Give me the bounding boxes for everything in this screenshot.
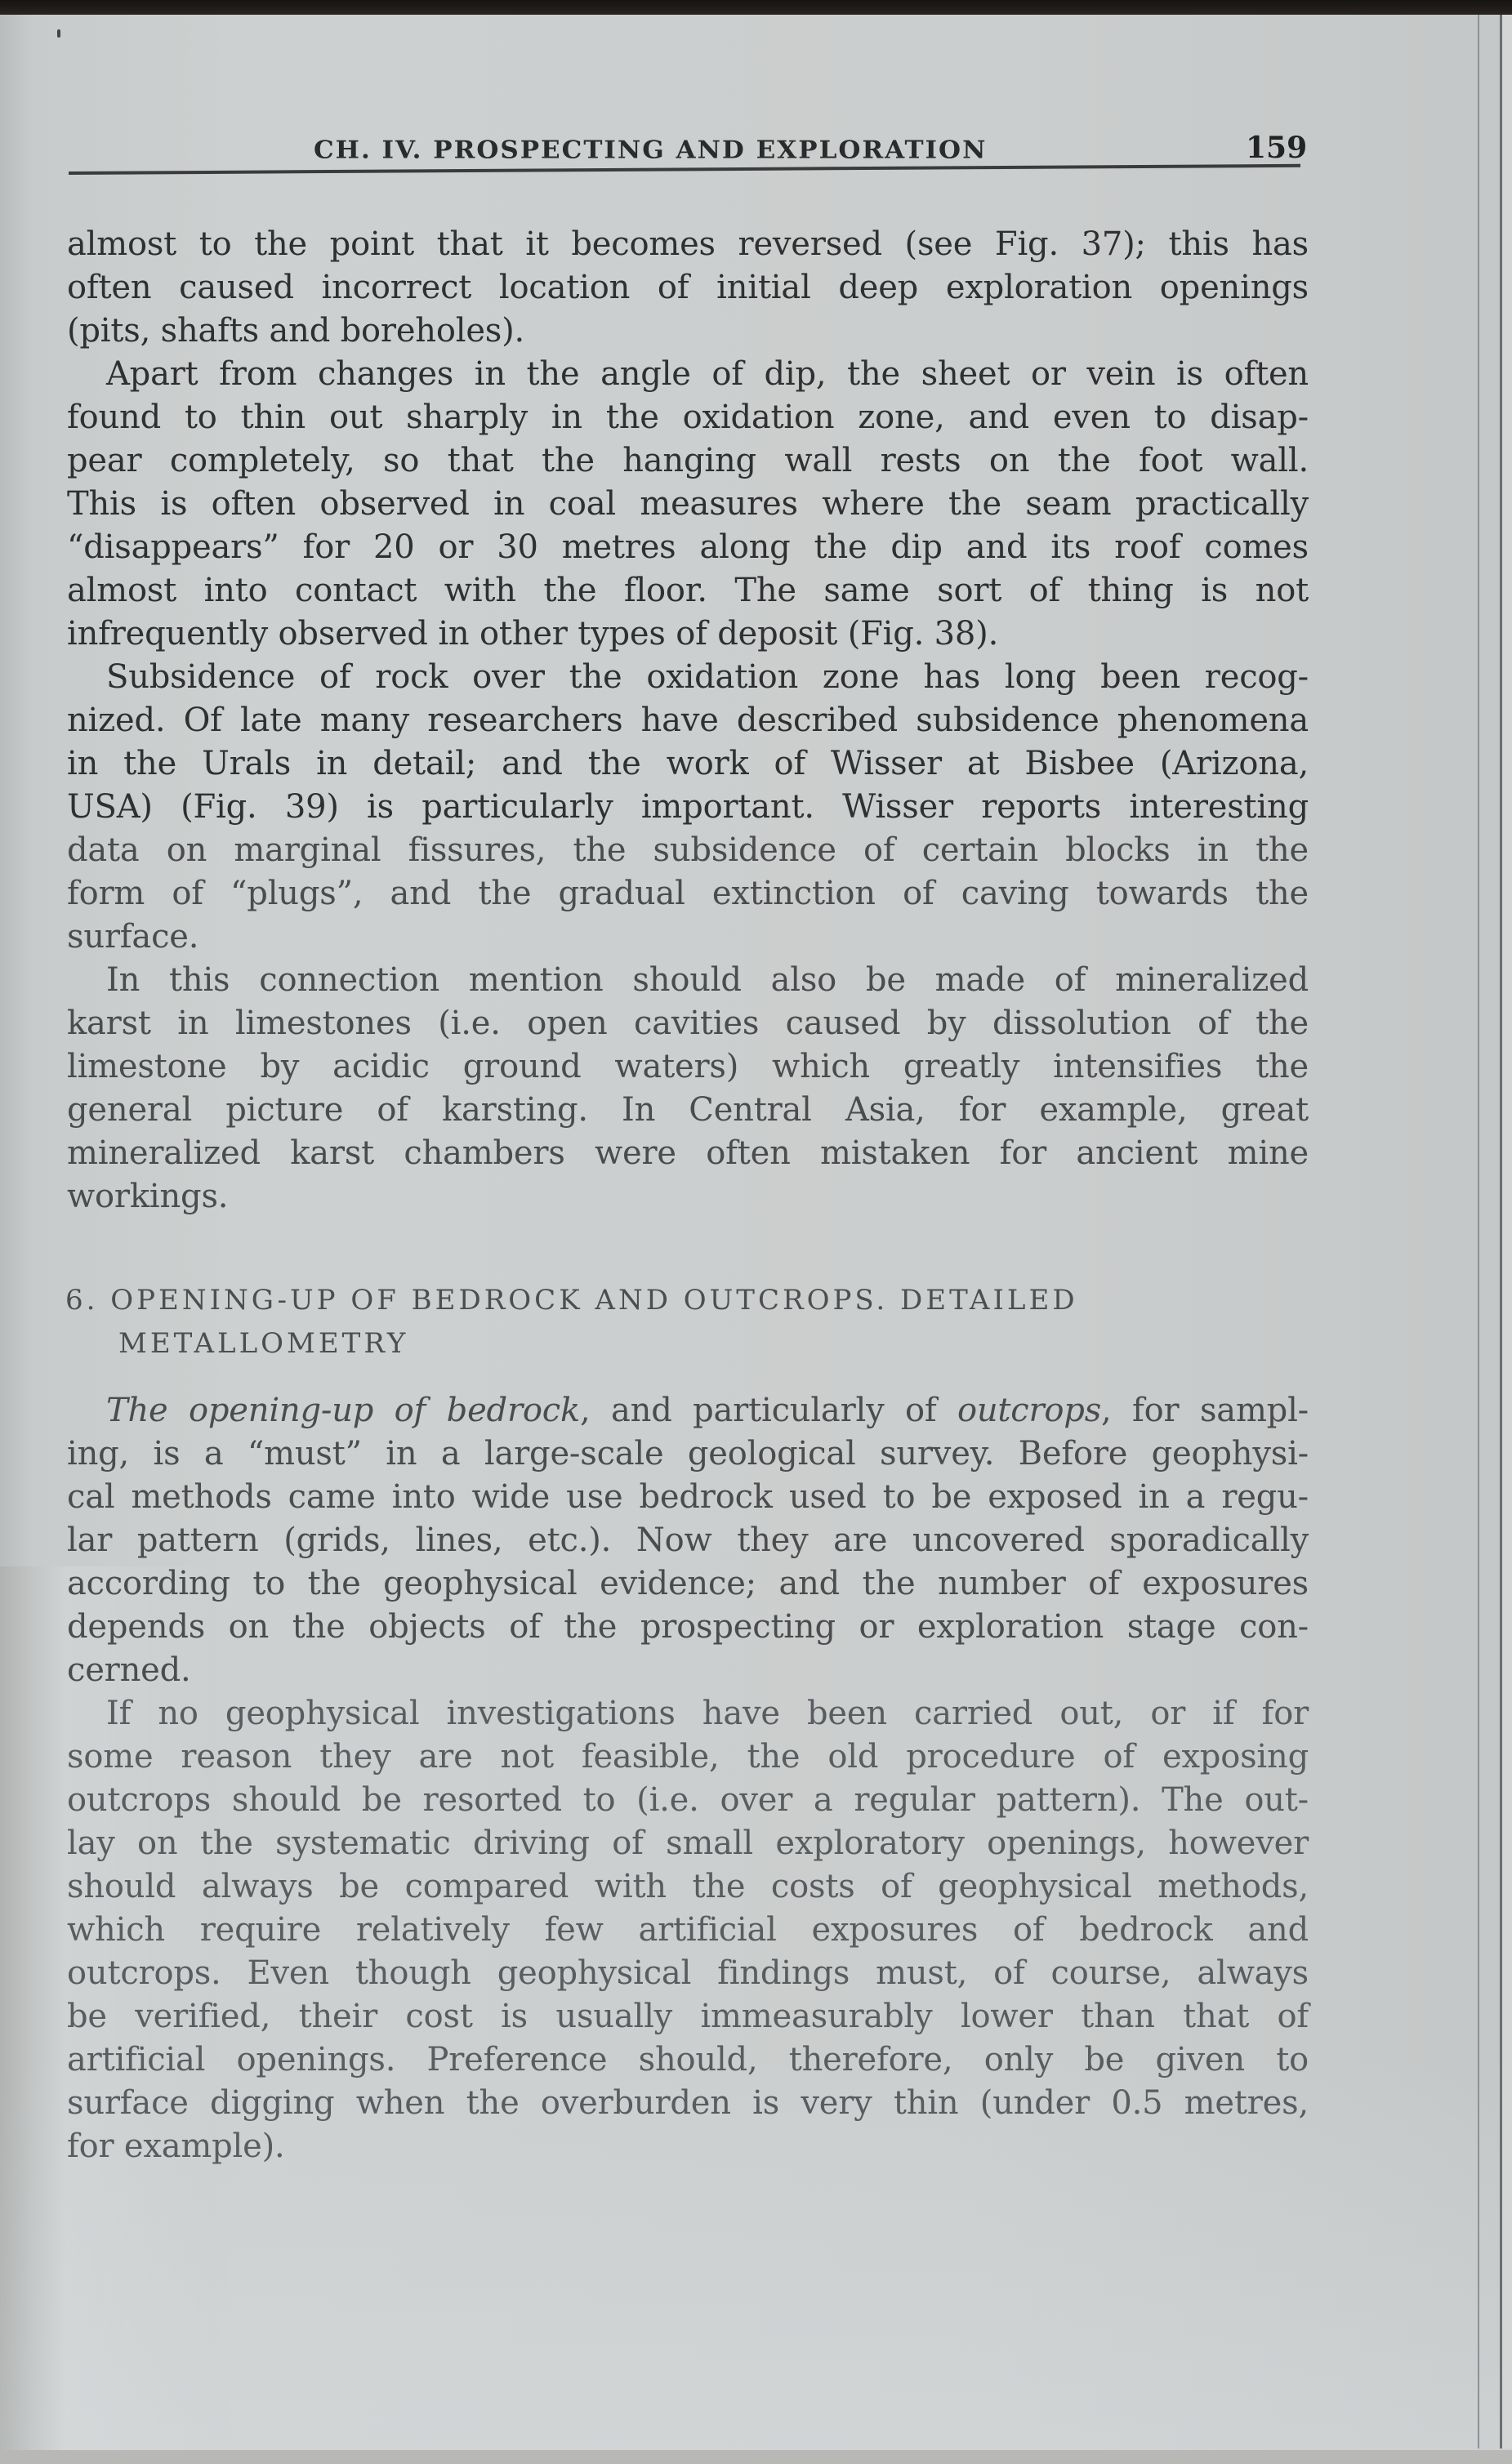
text-line: depends on the objects of the prospectin… <box>67 1607 1309 1646</box>
page-edge-line <box>1478 15 1479 2448</box>
text-line: almost to the point that it becomes reve… <box>67 225 1309 264</box>
text-line: mineralized karst chambers were often mi… <box>67 1134 1309 1173</box>
italic-term: The opening-up of bedrock <box>106 1392 580 1429</box>
bottom-band <box>0 2450 1512 2464</box>
text-line: surface. <box>67 917 1309 956</box>
text-line: often caused incorrect location of initi… <box>67 268 1309 307</box>
text-line: karst in limestones (i.e. open cavities … <box>67 1004 1309 1043</box>
text-line: be verified, their cost is usually immea… <box>67 1997 1309 2036</box>
text-line: lay on the systematic driving of small e… <box>67 1824 1309 1863</box>
text-line: cal methods came into wide use bedrock u… <box>67 1477 1309 1517</box>
text-line: This is often observed in coal measures … <box>67 484 1309 524</box>
text-line: “disappears” for 20 or 30 metres along t… <box>67 528 1309 567</box>
text-line: surface digging when the overburden is v… <box>67 2083 1309 2123</box>
text-line: lar pattern (grids, lines, etc.). Now th… <box>67 1521 1309 1560</box>
text-line: infrequently observed in other types of … <box>67 614 1309 653</box>
text-line: artificial openings. Preference should, … <box>67 2040 1309 2079</box>
ink-speck <box>57 29 60 38</box>
text-line: should always be compared with the costs… <box>67 1867 1309 1906</box>
text-line: form of “plugs”, and the gradual extinct… <box>67 874 1309 913</box>
text-line: data on marginal fissures, the subsidenc… <box>67 831 1309 870</box>
running-title: CH. IV. PROSPECTING AND EXPLORATION <box>314 136 987 164</box>
page-number: 159 <box>1246 131 1307 165</box>
text-line: pear completely, so that the hanging wal… <box>67 441 1309 480</box>
section-heading-continued: METALLOMETRY <box>118 1324 408 1363</box>
italic-term: outcrops <box>957 1392 1101 1429</box>
text-line: found to thin out sharply in the oxidati… <box>67 398 1309 437</box>
text-line: workings. <box>67 1177 1309 1216</box>
text-line: which require relatively few artificial … <box>67 1910 1309 1949</box>
text-line: ing, is a “must” in a large-scale geolog… <box>67 1434 1309 1473</box>
section-first-line: The opening-up of bedrock, and particula… <box>106 1391 1309 1430</box>
text-line: cerned. <box>67 1651 1309 1690</box>
text-line: limestone by acidic ground waters) which… <box>67 1047 1309 1086</box>
text-line: for example). <box>67 2127 1309 2166</box>
page-edge-strip <box>1502 15 1512 2448</box>
text-line: USA) (Fig. 39) is particularly important… <box>67 787 1309 827</box>
text-line: general picture of karsting. In Central … <box>67 1090 1309 1130</box>
text-line: If no geophysical investigations have be… <box>106 1694 1309 1733</box>
text-line: some reason they are not feasible, the o… <box>67 1737 1309 1776</box>
text-line: (pits, shafts and boreholes). <box>67 311 1309 350</box>
text-line: according to the geophysical evidence; a… <box>67 1564 1309 1603</box>
text-span: , for sampl- <box>1101 1392 1309 1429</box>
text-line: In this connection mention should also b… <box>106 960 1309 1000</box>
text-line: Apart from changes in the angle of dip, … <box>106 354 1309 394</box>
section-heading: 6. OPENING-UP OF BEDROCK AND OUTCROPS. D… <box>65 1281 1078 1320</box>
text-span: , and particularly of <box>580 1392 957 1429</box>
text-line: outcrops should be resorted to (i.e. ove… <box>67 1780 1309 1820</box>
text-line: in the Urals in detail; and the work of … <box>67 744 1309 783</box>
text-line: outcrops. Even though geophysical findin… <box>67 1954 1309 1993</box>
text-line: Subsidence of rock over the oxidation zo… <box>106 657 1309 697</box>
text-line: nized. Of late many researchers have des… <box>67 701 1309 740</box>
text-line: almost into contact with the floor. The … <box>67 571 1309 610</box>
